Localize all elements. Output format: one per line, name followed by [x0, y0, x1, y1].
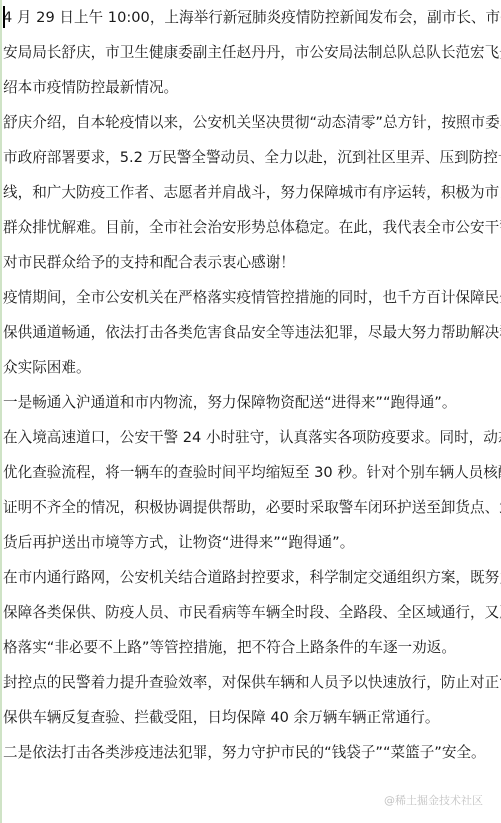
text-line: 证明不齐全的情况，积极协调提供帮助，必要时采取警车闭环护送至卸货点、卸	[3, 490, 501, 525]
text-line: 封控点的民警着力提升查验效率，对保供车辆和人员予以快速放行，防止对正常	[3, 665, 501, 700]
paragraph-city-road-network: 在市内通行路网，公安机关结合道路封控要求，科学制定交通组织方案，既努力 保障各类…	[3, 560, 501, 665]
text-line: 对市民群众给予的支持和配合表示衷心感谢！	[3, 245, 501, 280]
watermark: @稀土掘金技术社区	[384, 792, 483, 808]
text-cursor	[3, 6, 5, 28]
text-line: 保障各类保供、防疫人员、市民看病等车辆全时段、全路段、全区域通行，又严	[3, 595, 501, 630]
text-line: 保供通道畅通，依法打击各类危害食品安全等违法犯罪，尽最大努力帮助解决群	[3, 315, 501, 350]
text-line: 绍本市疫情防控最新情况。	[3, 70, 501, 105]
paragraph-epidemic-period: 疫情期间，全市公安机关在严格落实疫情管控措施的同时，也千方百计保障民生 保供通道…	[3, 280, 501, 385]
text-line: 4 月 29 日上午 10:00，上海举行新冠肺炎疫情防控新闻发布会，副市长、市…	[3, 0, 501, 35]
text-line: 格落实“非必要不上路”等管控措施，把不符合上路条件的车逐一劝返。	[3, 630, 501, 665]
text-line: 群众排忧解难。目前，全市社会治安形势总体稳定。在此，我代表全市公安干警，	[3, 210, 501, 245]
text-line: 疫情期间，全市公安机关在严格落实疫情管控措施的同时，也千方百计保障民生	[3, 280, 501, 315]
text-line: 舒庆介绍，自本轮疫情以来，公安机关坚决贯彻“动态清零”总方针，按照市委、	[3, 105, 501, 140]
text-line: 众实际困难。	[3, 350, 501, 385]
text-line: 安局局长舒庆，市卫生健康委副主任赵丹丹，市公安局法制总队总队长范宏飞介	[3, 35, 501, 70]
paragraph-checkpoints: 封控点的民警着力提升查验效率，对保供车辆和人员予以快速放行，防止对正常 保供车辆…	[3, 665, 501, 735]
document-body[interactable]: 4 月 29 日上午 10:00，上海举行新冠肺炎疫情防控新闻发布会，副市长、市…	[3, 0, 501, 770]
text-line: 在入境高速道口，公安干警 24 小时驻守，认真落实各项防疫要求。同时，动态	[3, 420, 501, 455]
paragraph-intro: 4 月 29 日上午 10:00，上海举行新冠肺炎疫情防控新闻发布会，副市长、市…	[3, 0, 501, 105]
text-line: 线，和广大防疫工作者、志愿者并肩战斗，努力保障城市有序运转，积极为市民	[3, 175, 501, 210]
text-line: 保供车辆反复查验、拦截受阻，日均保障 40 余万辆车辆正常通行。	[3, 700, 501, 735]
text-line: 优化查验流程，将一辆车的查验时间平均缩短至 30 秒。针对个别车辆人员核酸	[3, 455, 501, 490]
paragraph-point-two: 二是依法打击各类涉疫违法犯罪，努力守护市民的“钱袋子”“菜篮子”安全。	[3, 735, 501, 770]
text-line: 在市内通行路网，公安机关结合道路封控要求，科学制定交通组织方案，既努力	[3, 560, 501, 595]
text-line: 一是畅通入沪通道和市内物流，努力保障物资配送“进得来”“跑得通”。	[3, 385, 501, 420]
text-line: 市政府部署要求，5.2 万民警全警动员、全力以赴，沉到社区里弄、压到防控一	[3, 140, 501, 175]
text-line: 货后再护送出市境等方式，让物资“进得来”“跑得通”。	[3, 525, 501, 560]
paragraph-shuqing-intro: 舒庆介绍，自本轮疫情以来，公安机关坚决贯彻“动态清零”总方针，按照市委、 市政府…	[3, 105, 501, 280]
paragraph-point-one: 一是畅通入沪通道和市内物流，努力保障物资配送“进得来”“跑得通”。	[3, 385, 501, 420]
text-line: 二是依法打击各类涉疫违法犯罪，努力守护市民的“钱袋子”“菜篮子”安全。	[3, 735, 501, 770]
left-border	[0, 0, 2, 823]
paragraph-highway-entry: 在入境高速道口，公安干警 24 小时驻守，认真落实各项防疫要求。同时，动态 优化…	[3, 420, 501, 560]
